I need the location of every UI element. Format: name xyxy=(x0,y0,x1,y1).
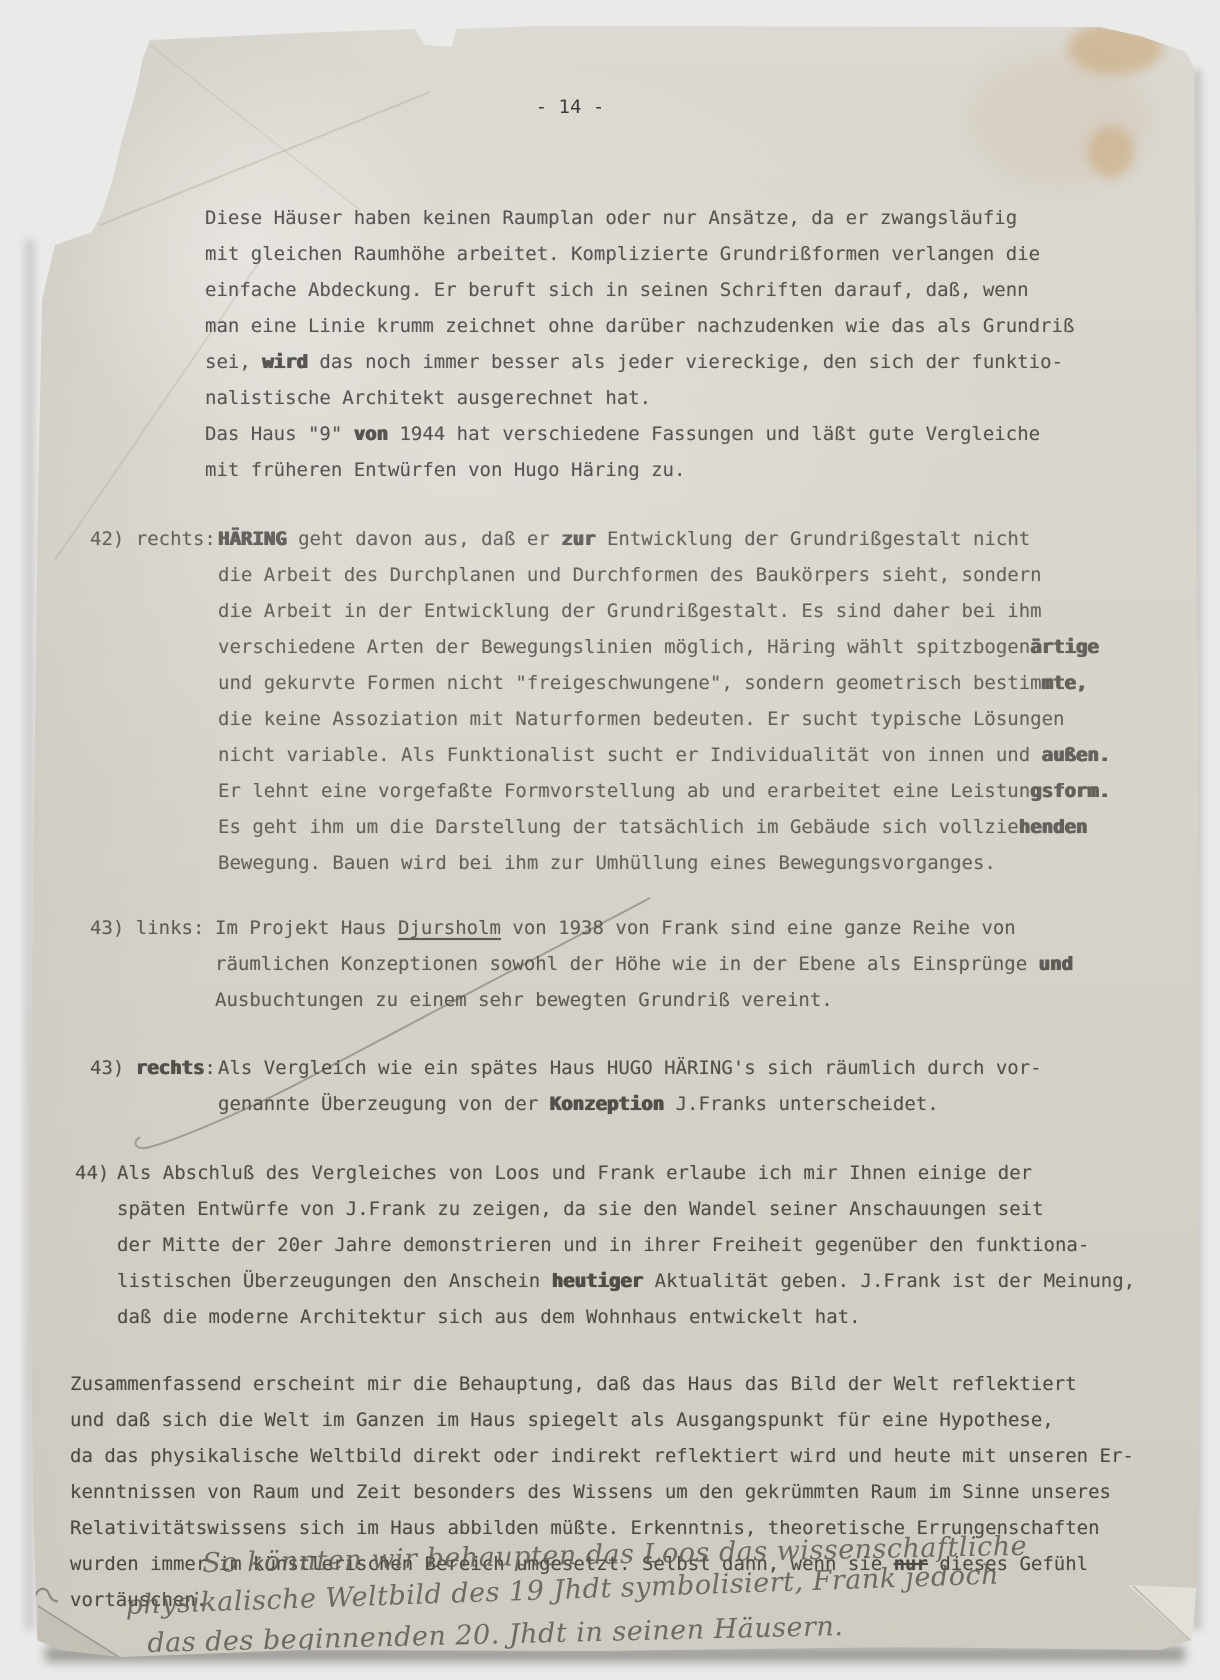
typed-segment-ot: mte, xyxy=(1042,672,1088,694)
typed-segment: Diese Häuser haben keinen Raumplan oder … xyxy=(205,207,1017,229)
typed-segment: der Mitte der 20er Jahre demonstrieren u… xyxy=(117,1234,1089,1256)
typed-line: Zusammenfassend erscheint mir die Behaup… xyxy=(70,1366,1134,1402)
typed-segment: Entwicklung der Grundrißgestalt nicht xyxy=(596,528,1031,550)
typed-line: die keine Assoziation mit Naturformen be… xyxy=(218,701,1110,737)
paragraph-item-44: Als Abschluß des Vergleiches von Loos un… xyxy=(117,1155,1135,1335)
typed-line: genannte Überzeugung von der Konzeption … xyxy=(218,1086,1042,1122)
typed-line: Als Abschluß des Vergleiches von Loos un… xyxy=(117,1155,1135,1191)
typed-segment: listischen Überzeugungen den Anschein xyxy=(117,1270,552,1292)
typed-segment: von 1938 von Frank sind eine ganze Reihe… xyxy=(501,917,1016,939)
typed-segment: Es geht ihm um die Darstellung der tatsä… xyxy=(218,816,1019,838)
item-label-43-rechts: 43) rechts: xyxy=(90,1050,216,1086)
typed-segment: Er lehnt eine vorgefaßte Formvorstellung… xyxy=(218,780,1030,802)
typed-segment-ot: gsform. xyxy=(1030,780,1110,802)
typed-line: und gekurvte Formen nicht "freigeschwung… xyxy=(218,665,1110,701)
typed-segment: die Arbeit des Durchplanen und Durchform… xyxy=(218,564,1042,586)
typed-segment: 42) rechts: xyxy=(90,528,216,550)
typed-line: verschiedene Arten der Bewegungslinien m… xyxy=(218,629,1110,665)
typed-line: die Arbeit in der Entwicklung der Grundr… xyxy=(218,593,1110,629)
typed-segment: späten Entwürfe von J.Frank zu zeigen, d… xyxy=(117,1198,1044,1220)
typed-line: einfache Abdeckung. Er beruft sich in se… xyxy=(205,272,1074,308)
typed-line: Das Haus "9" von 1944 hat verschiedene F… xyxy=(205,416,1074,452)
typed-segment-u: Djursholm xyxy=(398,917,501,939)
typed-line: Er lehnt eine vorgefaßte Formvorstellung… xyxy=(218,773,1110,809)
typed-line: Im Projekt Haus Djursholm von 1938 von F… xyxy=(215,910,1073,946)
typed-segment: Ausbuchtungen zu einem sehr bewegten Gru… xyxy=(215,989,833,1011)
typed-segment: Im Projekt Haus xyxy=(215,917,398,939)
typed-line: die Arbeit des Durchplanen und Durchform… xyxy=(218,557,1110,593)
typed-segment: und gekurvte Formen nicht "freigeschwung… xyxy=(218,672,1042,694)
typed-segment: : xyxy=(204,1057,215,1079)
typed-segment: mit früheren Entwürfen von Hugo Häring z… xyxy=(205,459,685,481)
typed-line: daß die moderne Architektur sich aus dem… xyxy=(117,1299,1135,1335)
typed-segment-ot: HÄRING xyxy=(218,528,287,550)
typed-line: da das physikalische Weltbild direkt ode… xyxy=(70,1438,1134,1474)
typed-line: Als Vergleich wie ein spätes Haus HUGO H… xyxy=(218,1050,1042,1086)
item-label-44: 44) xyxy=(75,1155,109,1191)
typed-segment: nalistische Architekt ausgerechnet hat. xyxy=(205,387,651,409)
typed-segment: mit gleichen Raumhöhe arbeitet. Komplizi… xyxy=(205,243,1040,265)
paper-sheet: - 14 - Diese Häuser haben keinen Raumpla… xyxy=(0,0,1220,1680)
typed-segment-ot: heutiger xyxy=(552,1270,644,1292)
typed-segment-ot: zur xyxy=(561,528,595,550)
typed-line: Ausbuchtungen zu einem sehr bewegten Gru… xyxy=(215,982,1073,1018)
typed-segment-ot: außen. xyxy=(1042,744,1111,766)
typed-segment: da das physikalische Weltbild direkt ode… xyxy=(70,1445,1134,1467)
typed-line: mit gleichen Raumhöhe arbeitet. Komplizi… xyxy=(205,236,1074,272)
typed-segment-ot: rechts xyxy=(136,1057,205,1079)
typed-segment: Das Haus "9" xyxy=(205,423,354,445)
typed-segment-ot: ärtige xyxy=(1030,636,1099,658)
page-number: - 14 - xyxy=(480,92,660,122)
typed-segment: Aktualität geben. J.Frank ist der Meinun… xyxy=(643,1270,1135,1292)
typed-segment-ot: und xyxy=(1039,953,1073,975)
paragraph-item-43-links: Im Projekt Haus Djursholm von 1938 von F… xyxy=(215,910,1073,1018)
typed-segment: nicht variable. Als Funktionalist sucht … xyxy=(218,744,1042,766)
typed-segment-ot: wird xyxy=(262,351,308,373)
typed-line: listischen Überzeugungen den Anschein he… xyxy=(117,1263,1135,1299)
typed-segment: verschiedene Arten der Bewegungslinien m… xyxy=(218,636,1030,658)
typed-line: sei, wird das noch immer besser als jede… xyxy=(205,344,1074,380)
typed-segment-ot: von xyxy=(354,423,388,445)
typed-line: nicht variable. Als Funktionalist sucht … xyxy=(218,737,1110,773)
typed-segment: das noch immer besser als jeder vierecki… xyxy=(308,351,1063,373)
typed-line: Diese Häuser haben keinen Raumplan oder … xyxy=(205,200,1074,236)
scanned-document-page: - 14 - Diese Häuser haben keinen Raumpla… xyxy=(0,0,1220,1680)
typed-segment: man eine Linie krumm zeichnet ohne darüb… xyxy=(205,315,1074,337)
typed-line: der Mitte der 20er Jahre demonstrieren u… xyxy=(117,1227,1135,1263)
typed-segment: einfache Abdeckung. Er beruft sich in se… xyxy=(205,279,1029,301)
typed-line: Es geht ihm um die Darstellung der tatsä… xyxy=(218,809,1110,845)
typed-segment: daß die moderne Architektur sich aus dem… xyxy=(117,1306,861,1328)
typed-segment: 1944 hat verschiedene Fassungen und läßt… xyxy=(388,423,1040,445)
typed-segment: und daß sich die Welt im Ganzen im Haus … xyxy=(70,1409,1054,1431)
typed-segment-ot: Konzeption xyxy=(550,1093,664,1115)
typed-line: und daß sich die Welt im Ganzen im Haus … xyxy=(70,1402,1134,1438)
typed-segment: 43) xyxy=(90,1057,136,1079)
typed-segment: die Arbeit in der Entwicklung der Grundr… xyxy=(218,600,1042,622)
paper-stain-top-right xyxy=(1068,22,1163,74)
typed-segment: J.Franks unterscheidet. xyxy=(664,1093,939,1115)
typed-segment: Als Abschluß des Vergleiches von Loos un… xyxy=(117,1162,1032,1184)
typed-segment: Zusammenfassend erscheint mir die Behaup… xyxy=(70,1373,1077,1395)
typed-segment: 43) links: xyxy=(90,917,204,939)
typed-line: mit früheren Entwürfen von Hugo Häring z… xyxy=(205,452,1074,488)
typed-segment: die keine Assoziation mit Naturformen be… xyxy=(218,708,1064,730)
typed-line: kenntnissen von Raum und Zeit besonders … xyxy=(70,1474,1134,1510)
item-label-42-rechts: 42) rechts: xyxy=(90,521,216,557)
typed-segment: Als Vergleich wie ein spätes Haus HUGO H… xyxy=(218,1057,1042,1079)
item-label-43-links: 43) links: xyxy=(90,910,204,946)
typed-segment: räumlichen Konzeptionen sowohl der Höhe … xyxy=(215,953,1039,975)
typed-line: späten Entwürfe von J.Frank zu zeigen, d… xyxy=(117,1191,1135,1227)
typed-segment: 44) xyxy=(75,1162,109,1184)
typed-segment: Bewegung. Bauen wird bei ihm zur Umhüllu… xyxy=(218,852,996,874)
typed-line: HÄRING geht davon aus, daß er zur Entwic… xyxy=(218,521,1110,557)
typed-line: Bewegung. Bauen wird bei ihm zur Umhüllu… xyxy=(218,845,1110,881)
typed-line: nalistische Architekt ausgerechnet hat. xyxy=(205,380,1074,416)
typed-line: räumlichen Konzeptionen sowohl der Höhe … xyxy=(215,946,1073,982)
typed-line: man eine Linie krumm zeichnet ohne darüb… xyxy=(205,308,1074,344)
paragraph-item-43-rechts: Als Vergleich wie ein spätes Haus HUGO H… xyxy=(218,1050,1042,1122)
paper-stain-right xyxy=(1088,126,1134,178)
typed-segment: sei, xyxy=(205,351,262,373)
typed-segment: geht davon aus, daß er xyxy=(287,528,562,550)
typed-segment: kenntnissen von Raum und Zeit besonders … xyxy=(70,1481,1111,1503)
paragraph-intro: Diese Häuser haben keinen Raumplan oder … xyxy=(205,200,1074,488)
typed-segment-ot: henden xyxy=(1019,816,1088,838)
typed-segment: genannte Überzeugung von der xyxy=(218,1093,550,1115)
paragraph-item-42-rechts: HÄRING geht davon aus, daß er zur Entwic… xyxy=(218,521,1110,881)
